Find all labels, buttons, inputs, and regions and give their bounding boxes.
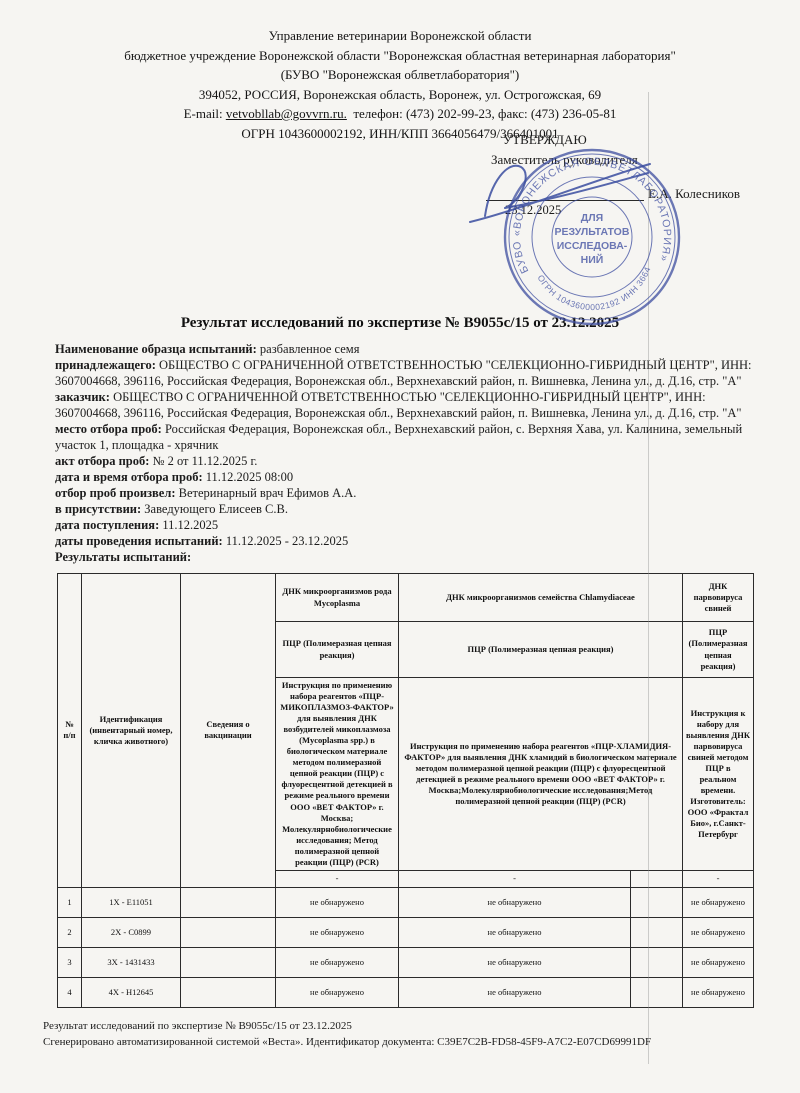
row-number: 1 — [58, 887, 82, 917]
result-chlamydiaceae: не обнаружено — [399, 977, 631, 1007]
row-identification: 2X - C0899 — [82, 917, 181, 947]
result-parvovirus: не обнаружено — [683, 917, 754, 947]
detail-sampled-by: отбор проб произвел: Ветеринарный врач Е… — [55, 485, 755, 501]
empty-cell — [631, 977, 683, 1007]
result-chlamydiaceae: не обнаружено — [399, 917, 631, 947]
row-identification: 1X - E11051 — [82, 887, 181, 917]
org-name-line3: (БУВО "Воронежская облветлаборатория") — [0, 65, 800, 85]
row-identification: 4X - H12645 — [82, 977, 181, 1007]
empty-cell — [631, 947, 683, 977]
table-row: 4 4X - H12645 не обнаружено не обнаружен… — [58, 977, 754, 1007]
result-parvovirus: не обнаружено — [683, 887, 754, 917]
detail-customer: заказчик: ОБЩЕСТВО С ОГРАНИЧЕННОЙ ОТВЕТС… — [55, 389, 755, 421]
col-header-mycoplasma: ДНК микроорганизмов рода Mycoplasma — [276, 574, 399, 622]
detail-sampling-act: акт отбора проб: № 2 от 11.12.2025 г. — [55, 453, 755, 469]
method-full-chlamydiaceae: Инструкция по применению набора реагенто… — [399, 678, 683, 871]
empty-cell — [631, 870, 683, 887]
row-number: 4 — [58, 977, 82, 1007]
row-vaccination — [181, 917, 276, 947]
result-mycoplasma: не обнаружено — [276, 887, 399, 917]
row-vaccination — [181, 947, 276, 977]
method-short-chlamydiaceae: ПЦР (Полимеразная цепная реакция) — [399, 622, 683, 678]
table-row: 3 3X - 1431433 не обнаружено не обнаруже… — [58, 947, 754, 977]
footer-expertise-line: Результат исследований по экспертизе № В… — [43, 1018, 800, 1034]
detail-owner: принадлежащего: ОБЩЕСТВО С ОГРАНИЧЕННОЙ … — [55, 357, 755, 389]
empty-cell — [631, 887, 683, 917]
org-address: 394052, РОССИЯ, Воронежская область, Вор… — [0, 85, 800, 105]
footer-generated-line: Сгенерировано автоматизированной системо… — [43, 1034, 800, 1050]
table-row: 1 1X - E11051 не обнаружено не обнаружен… — [58, 887, 754, 917]
col-header-identification: Идентификация (инвентарный номер, кличка… — [82, 574, 181, 888]
results-table: № п/п Идентификация (инвентарный номер, … — [57, 573, 754, 1008]
col-header-num: № п/п — [58, 574, 82, 888]
email-address: vetvobllab@govvrn.ru. — [226, 106, 347, 121]
phone-fax: телефон: (473) 202-99-23, факс: (473) 23… — [353, 106, 616, 121]
row-number: 3 — [58, 947, 82, 977]
scanned-document-page: Управление ветеринарии Воронежской облас… — [0, 0, 800, 1093]
row-vaccination — [181, 887, 276, 917]
row-number: 2 — [58, 917, 82, 947]
row-identification: 3X - 1431433 — [82, 947, 181, 977]
result-parvovirus: не обнаружено — [683, 977, 754, 1007]
result-parvovirus: не обнаружено — [683, 947, 754, 977]
stamp-center-line4: НИЙ — [581, 253, 604, 266]
dash-cell: - — [683, 870, 754, 887]
signature-scribble — [450, 150, 660, 235]
col-header-parvovirus: ДНК парвовируса свиней — [683, 574, 754, 622]
org-contacts-line: E-mail: vetvobllab@govvrn.ru. телефон: (… — [0, 104, 800, 124]
stamp-center-line3: ИССЛЕДОВА- — [557, 240, 628, 252]
result-chlamydiaceae: не обнаружено — [399, 887, 631, 917]
row-vaccination — [181, 977, 276, 1007]
method-full-mycoplasma: Инструкция по применению набора реагенто… — [276, 678, 399, 871]
detail-sampling-place: место отбора проб: Российская Федерация,… — [55, 421, 755, 453]
org-ogrn-inn: ОГРН 1043600002192, ИНН/КПП 3664056479/3… — [0, 124, 800, 144]
result-chlamydiaceae: не обнаружено — [399, 947, 631, 977]
result-mycoplasma: не обнаружено — [276, 947, 399, 977]
detail-witness: в присутствии: Заведующего Елисеев С.В. — [55, 501, 755, 517]
detail-received-date: дата поступления: 11.12.2025 — [55, 517, 755, 533]
detail-results-heading: Результаты испытаний: — [55, 549, 755, 565]
dash-cell: - — [399, 870, 631, 887]
sample-details: Наименование образца испытаний: разбавле… — [55, 341, 755, 565]
method-short-parvovirus: ПЦР (Полимеразная цепная реакция) — [683, 622, 754, 678]
empty-cell — [631, 917, 683, 947]
method-full-parvovirus: Инструкция к набору для выявления ДНК па… — [683, 678, 754, 871]
org-name-line1: Управление ветеринарии Воронежской облас… — [0, 26, 800, 46]
doc-footer: Результат исследований по экспертизе № В… — [43, 1018, 800, 1050]
table-row: 2 2X - C0899 не обнаружено не обнаружено… — [58, 917, 754, 947]
result-mycoplasma: не обнаружено — [276, 917, 399, 947]
email-label: E-mail: — [184, 106, 223, 121]
result-mycoplasma: не обнаружено — [276, 977, 399, 1007]
method-short-mycoplasma: ПЦР (Полимеразная цепная реакция) — [276, 622, 399, 678]
detail-sample-name: Наименование образца испытаний: разбавле… — [55, 341, 755, 357]
dash-cell: - — [276, 870, 399, 887]
col-header-vaccination: Сведения о вакцинации — [181, 574, 276, 888]
detail-testing-dates: даты проведения испытаний: 11.12.2025 - … — [55, 533, 755, 549]
detail-sampling-datetime: дата и время отбора проб: 11.12.2025 08:… — [55, 469, 755, 485]
org-name-line2: бюджетное учреждение Воронежской области… — [0, 46, 800, 66]
col-header-chlamydiaceae: ДНК микроорганизмов семейства Chlamydiac… — [399, 574, 683, 622]
org-header: Управление ветеринарии Воронежской облас… — [0, 0, 800, 143]
